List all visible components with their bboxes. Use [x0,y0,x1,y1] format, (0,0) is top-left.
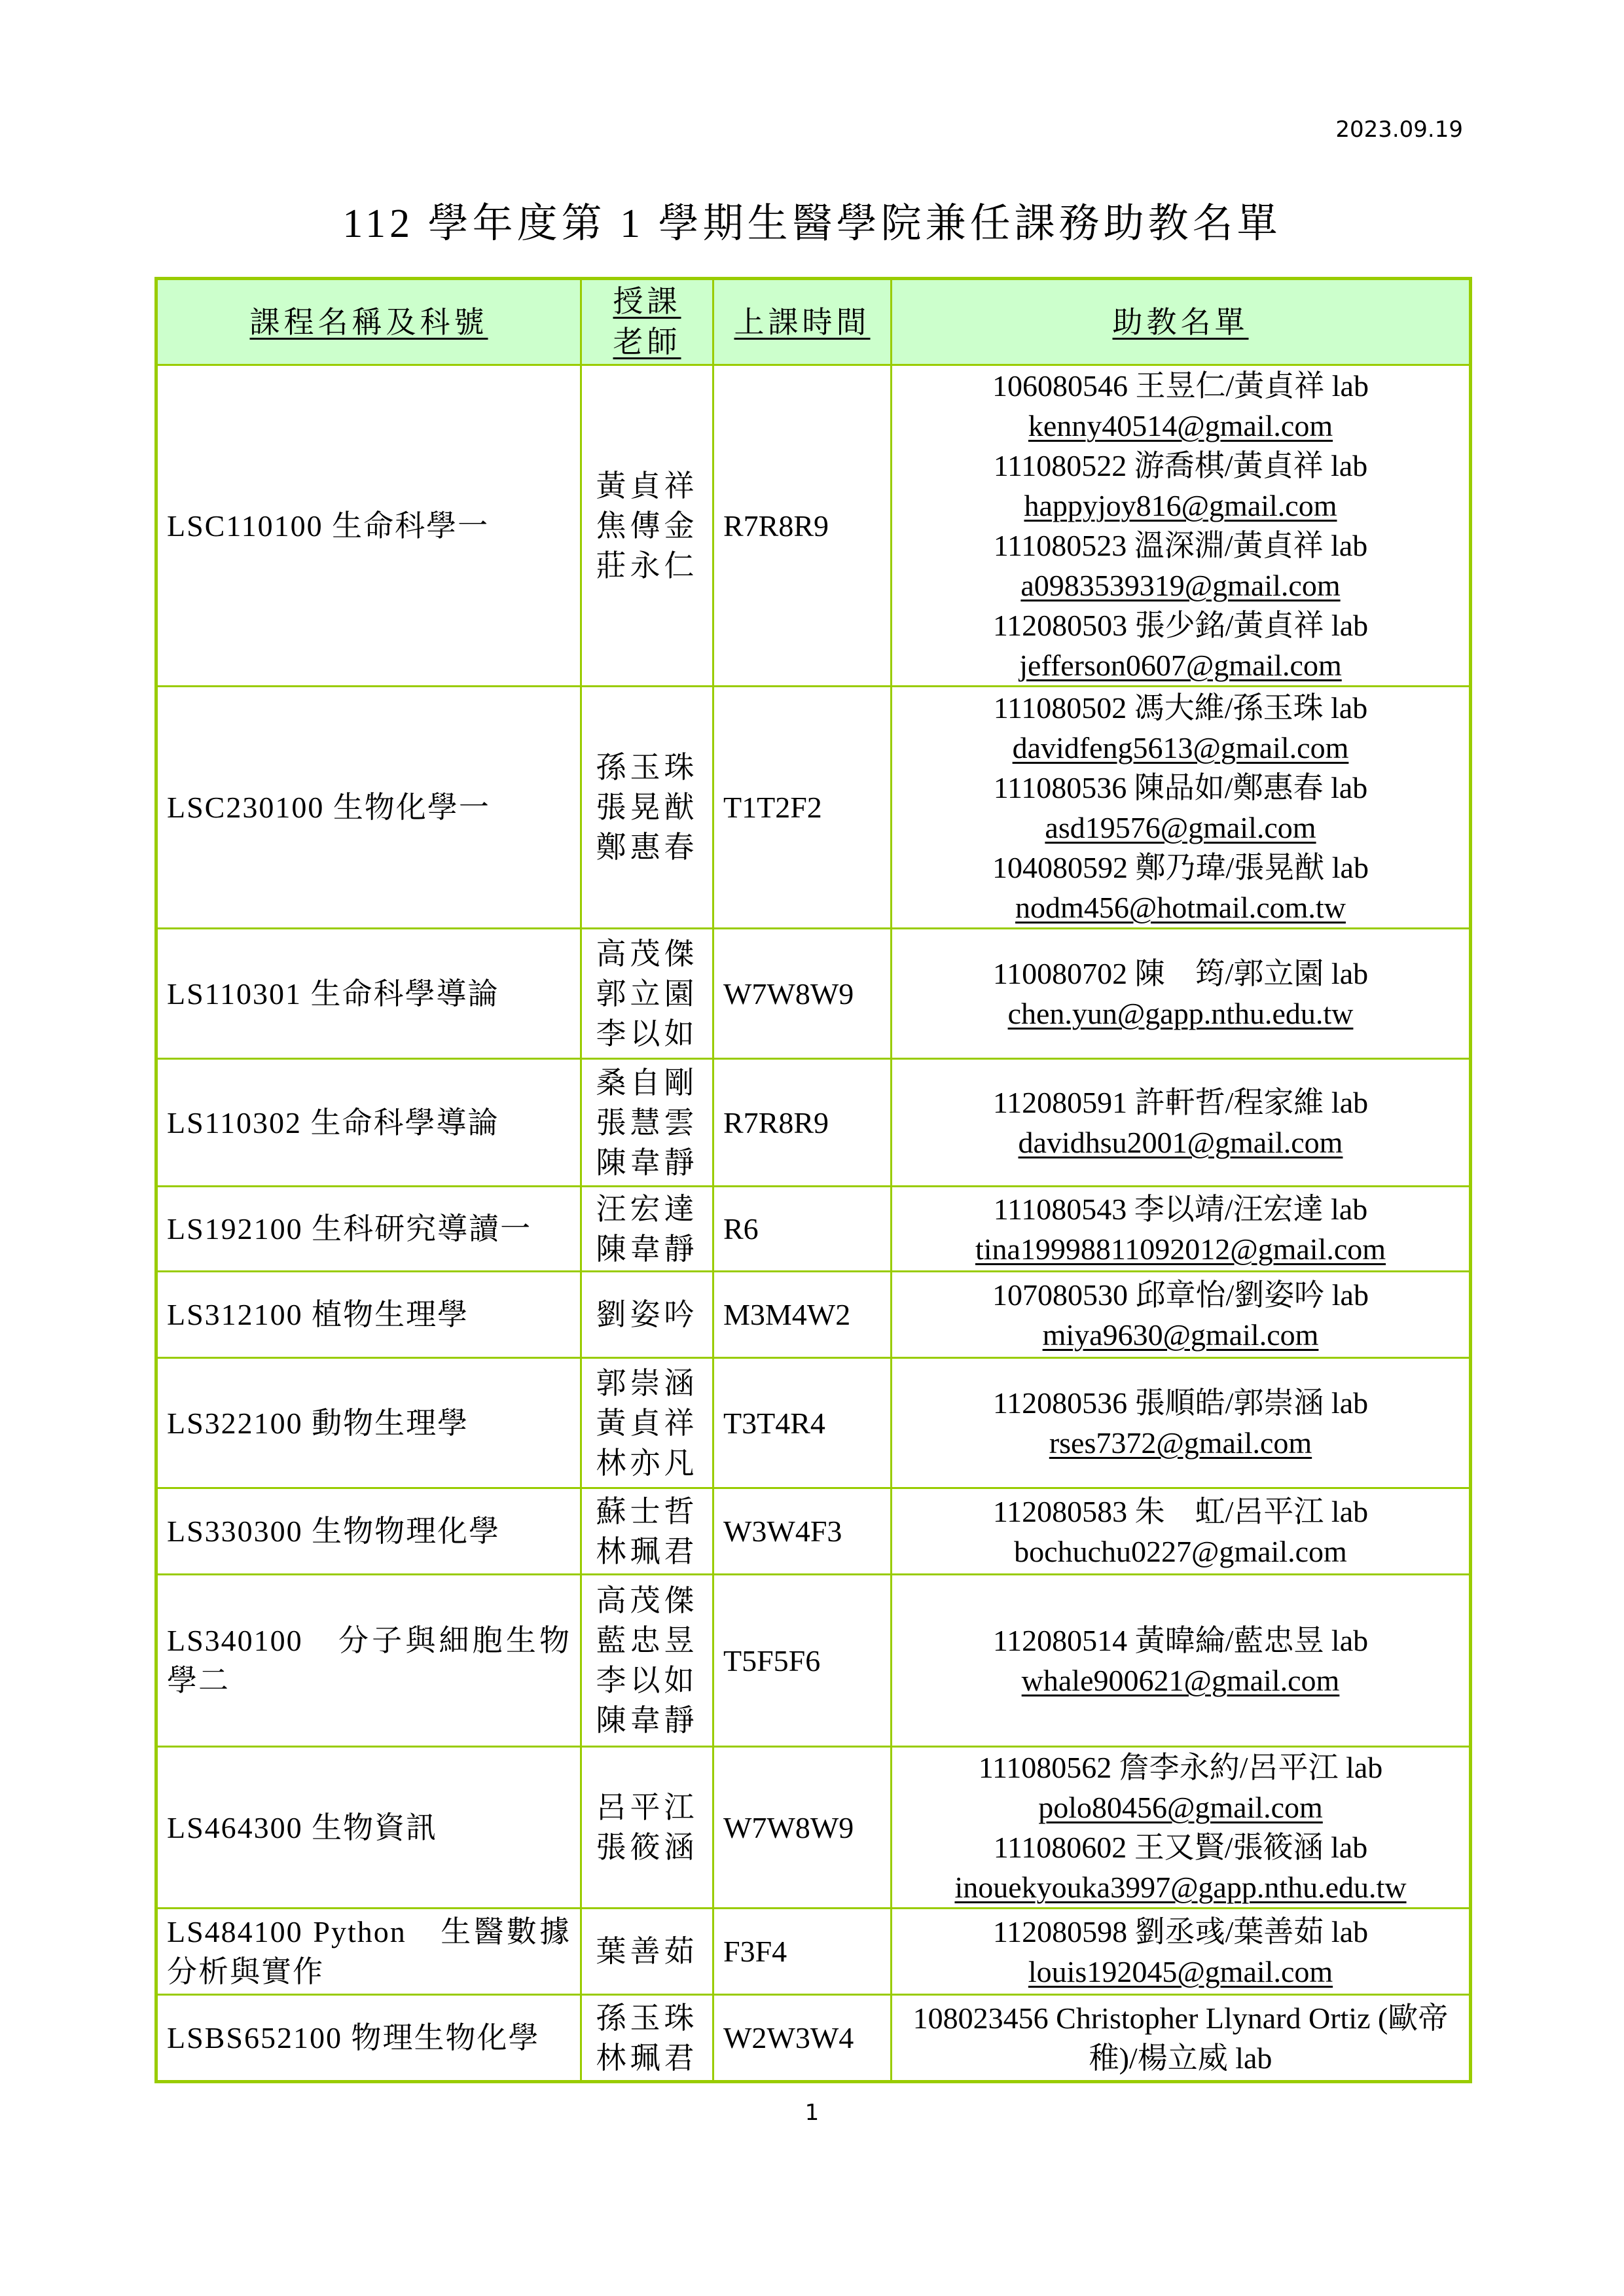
table-row: LSBS652100 物理生物化學孫玉珠林珮君W2W3W4108023456 C… [156,1995,1471,2082]
ta-cell: 111080543 李以靖/汪宏達 labtina19998811092012@… [892,1187,1471,1272]
teacher-name: 桑自剛 [591,1063,703,1103]
ta-email-link[interactable]: rses7372@gmail.com [901,1423,1460,1463]
page-title: 112 學年度第 1 學期生醫學院兼任課務助教名單 [0,198,1624,250]
ta-name: 112080591 許軒哲/程家維 lab [901,1083,1460,1122]
ta-name: 104080592 鄭乃瑋/張晃猷 lab [901,848,1460,888]
teacher-cell: 孫玉珠張晃猷鄭惠春 [581,687,713,929]
time-cell: T1T2F2 [713,687,892,929]
table-row: LS110302 生命科學導論桑自剛張慧雲陳韋靜R7R8R9112080591 … [156,1059,1471,1187]
time-cell: W7W8W9 [713,1747,892,1909]
course-cell: LS464300 生物資訊 [156,1747,581,1909]
teacher-name: 蘇士哲 [591,1492,703,1532]
ta-email-link: bochuchu0227@gmail.com [901,1532,1460,1571]
course-cell: LS340100 分子與細胞生物學二 [156,1575,581,1747]
course-cell: LS192100 生科研究導讀一 [156,1187,581,1272]
ta-email-link[interactable]: jefferson0607@gmail.com [901,645,1460,685]
teacher-name: 焦傳金 [591,506,703,546]
ta-name: 110080702 陳 筠/郭立園 lab [901,954,1460,994]
table-row: LSC110100 生命科學一黃貞祥焦傳金莊永仁R7R8R9106080546 … [156,365,1471,687]
teacher-name: 林珮君 [591,2038,703,2078]
course-cell: LS322100 動物生理學 [156,1358,581,1488]
table-body: LSC110100 生命科學一黃貞祥焦傳金莊永仁R7R8R9106080546 … [156,365,1471,2082]
ta-name: 111080543 李以靖/汪宏達 lab [901,1189,1460,1229]
ta-name: 111080562 詹李永約/呂平江 lab [901,1748,1460,1787]
ta-email-link[interactable]: louis192045@gmail.com [901,1952,1460,1992]
ta-name: 111080522 游喬棋/黃貞祥 lab [901,446,1460,486]
time-cell: W2W3W4 [713,1995,892,2082]
ta-cell: 112080598 劉丞彧/葉善茹 lablouis192045@gmail.c… [892,1909,1471,1995]
teacher-name: 莊永仁 [591,546,703,586]
teacher-cell: 葉善茹 [581,1909,713,1995]
ta-name: 112080514 黃暐綸/藍忠昱 lab [901,1621,1460,1660]
course-cell: LS110302 生命科學導論 [156,1059,581,1187]
teacher-name: 張筱涵 [591,1827,703,1867]
teacher-name: 劉姿吟 [591,1295,703,1335]
time-cell: T3T4R4 [713,1358,892,1488]
ta-cell: 112080591 許軒哲/程家維 labdavidhsu2001@gmail.… [892,1059,1471,1187]
ta-email-link[interactable]: happyjoy816@gmail.com [901,486,1460,526]
ta-email-link[interactable]: davidhsu2001@gmail.com [901,1122,1460,1162]
ta-cell: 112080514 黃暐綸/藍忠昱 labwhale900621@gmail.c… [892,1575,1471,1747]
teacher-name: 高茂傑 [591,934,703,974]
teacher-name: 汪宏達 [591,1189,703,1229]
ta-email-link[interactable]: polo80456@gmail.com [901,1787,1460,1827]
teacher-cell: 桑自剛張慧雲陳韋靜 [581,1059,713,1187]
ta-email-link[interactable]: davidfeng5613@gmail.com [901,728,1460,768]
table-row: LS330300 生物物理化學蘇士哲林珮君W3W4F3112080583 朱 虹… [156,1488,1471,1575]
ta-name: 111080602 王又賢/張筱涵 lab [901,1827,1460,1867]
teacher-name: 陳韋靜 [591,1700,703,1740]
ta-name: 112080503 張少銘/黃貞祥 lab [901,605,1460,645]
teacher-name: 張慧雲 [591,1103,703,1143]
ta-email-link[interactable]: asd19576@gmail.com [901,808,1460,848]
ta-cell: 106080546 王昱仁/黃貞祥 labkenny40514@gmail.co… [892,365,1471,687]
course-cell: LSC230100 生物化學一 [156,687,581,929]
document-date: 2023.09.19 [1335,117,1463,143]
teacher-name: 呂平江 [591,1787,703,1827]
time-cell: R7R8R9 [713,1059,892,1187]
page-number: 1 [0,2100,1624,2126]
teacher-name: 李以如 [591,1014,703,1054]
ta-roster-table: 課程名稱及科號 授課 老師 上課時間 助教名單 LSC110100 生命科學一黃… [154,277,1472,2083]
teacher-name: 林亦凡 [591,1443,703,1483]
teacher-name: 郭立園 [591,974,703,1014]
ta-name: 111080523 溫深淵/黃貞祥 lab [901,526,1460,565]
ta-name: 111080536 陳品如/鄭惠春 lab [901,768,1460,808]
ta-cell: 110080702 陳 筠/郭立園 labchen.yun@gapp.nthu.… [892,929,1471,1059]
course-cell: LS110301 生命科學導論 [156,929,581,1059]
ta-cell: 108023456 Christopher Llynard Ortiz (歐帝稚… [892,1995,1471,2082]
teacher-cell: 劉姿吟 [581,1272,713,1358]
time-cell: T5F5F6 [713,1575,892,1747]
ta-name: 112080536 張順皓/郭崇涵 lab [901,1383,1460,1423]
ta-email-link[interactable]: tina19998811092012@gmail.com [901,1229,1460,1269]
time-cell: F3F4 [713,1909,892,1995]
course-cell: LSC110100 生命科學一 [156,365,581,687]
column-header-course: 課程名稱及科號 [156,279,581,365]
time-cell: R6 [713,1187,892,1272]
teacher-name: 林珮君 [591,1532,703,1571]
table-header: 課程名稱及科號 授課 老師 上課時間 助教名單 [156,279,1471,365]
table-row: LS192100 生科研究導讀一汪宏達陳韋靜R6111080543 李以靖/汪宏… [156,1187,1471,1272]
teacher-cell: 高茂傑藍忠昱李以如陳韋靜 [581,1575,713,1747]
ta-email-link[interactable]: nodm456@hotmail.com.tw [901,888,1460,927]
ta-name: 107080530 邱章怡/劉姿吟 lab [901,1275,1460,1315]
ta-cell: 111080562 詹李永約/呂平江 labpolo80456@gmail.co… [892,1747,1471,1909]
table-row: LSC230100 生物化學一孫玉珠張晃猷鄭惠春T1T2F2111080502 … [156,687,1471,929]
ta-cell: 107080530 邱章怡/劉姿吟 labmiya9630@gmail.com [892,1272,1471,1358]
time-cell: W7W8W9 [713,929,892,1059]
ta-name: 111080502 馮大維/孫玉珠 lab [901,688,1460,728]
teacher-name: 陳韋靜 [591,1229,703,1269]
ta-cell: 112080583 朱 虹/呂平江 labbochuchu0227@gmail.… [892,1488,1471,1575]
table-row: LS340100 分子與細胞生物學二高茂傑藍忠昱李以如陳韋靜T5F5F61120… [156,1575,1471,1747]
teacher-name: 黃貞祥 [591,1403,703,1443]
ta-email-link[interactable]: miya9630@gmail.com [901,1315,1460,1355]
teacher-name: 郭崇涵 [591,1363,703,1403]
ta-email-link[interactable]: whale900621@gmail.com [901,1660,1460,1700]
teacher-name: 黃貞祥 [591,466,703,506]
ta-email-link[interactable]: a0983539319@gmail.com [901,565,1460,605]
ta-name: 112080583 朱 虹/呂平江 lab [901,1492,1460,1532]
ta-cell: 111080502 馮大維/孫玉珠 labdavidfeng5613@gmail… [892,687,1471,929]
table-row: LS484100 Python 生醫數據分析與實作葉善茹F3F411208059… [156,1909,1471,1995]
teacher-cell: 郭崇涵黃貞祥林亦凡 [581,1358,713,1488]
time-cell: M3M4W2 [713,1272,892,1358]
course-cell: LS330300 生物物理化學 [156,1488,581,1575]
ta-cell: 112080536 張順皓/郭崇涵 labrses7372@gmail.com [892,1358,1471,1488]
teacher-cell: 黃貞祥焦傳金莊永仁 [581,365,713,687]
teacher-cell: 孫玉珠林珮君 [581,1995,713,2082]
ta-name: 112080598 劉丞彧/葉善茹 lab [901,1912,1460,1952]
table-row: LS110301 生命科學導論高茂傑郭立園李以如W7W8W9110080702 … [156,929,1471,1059]
column-header-teacher: 授課 老師 [581,279,713,365]
time-cell: W3W4F3 [713,1488,892,1575]
teacher-name: 孫玉珠 [591,747,703,787]
column-header-ta: 助教名單 [892,279,1471,365]
table-row: LS322100 動物生理學郭崇涵黃貞祥林亦凡T3T4R4112080536 張… [156,1358,1471,1488]
ta-name: 106080546 王昱仁/黃貞祥 lab [901,366,1460,406]
teacher-cell: 蘇士哲林珮君 [581,1488,713,1575]
ta-name: 108023456 Christopher Llynard Ortiz (歐帝稚… [901,1998,1460,2078]
teacher-name: 張晃猷 [591,787,703,827]
ta-email-link[interactable]: inouekyouka3997@gapp.nthu.edu.tw [901,1867,1460,1907]
column-header-time: 上課時間 [713,279,892,365]
course-cell: LSBS652100 物理生物化學 [156,1995,581,2082]
teacher-cell: 汪宏達陳韋靜 [581,1187,713,1272]
teacher-name: 藍忠昱 [591,1621,703,1660]
teacher-name: 李以如 [591,1660,703,1700]
course-cell: LS312100 植物生理學 [156,1272,581,1358]
teacher-name: 陳韋靜 [591,1143,703,1183]
table-row: LS464300 生物資訊呂平江張筱涵W7W8W9111080562 詹李永約/… [156,1747,1471,1909]
teacher-cell: 高茂傑郭立園李以如 [581,929,713,1059]
teacher-name: 高茂傑 [591,1581,703,1621]
course-cell: LS484100 Python 生醫數據分析與實作 [156,1909,581,1995]
teacher-name: 葉善茹 [591,1931,703,1971]
ta-email-link[interactable]: kenny40514@gmail.com [901,406,1460,446]
teacher-name: 鄭惠春 [591,827,703,867]
table-row: LS312100 植物生理學劉姿吟M3M4W2107080530 邱章怡/劉姿吟… [156,1272,1471,1358]
time-cell: R7R8R9 [713,365,892,687]
teacher-cell: 呂平江張筱涵 [581,1747,713,1909]
ta-email-link[interactable]: chen.yun@gapp.nthu.edu.tw [901,994,1460,1033]
teacher-name: 孫玉珠 [591,1998,703,2038]
